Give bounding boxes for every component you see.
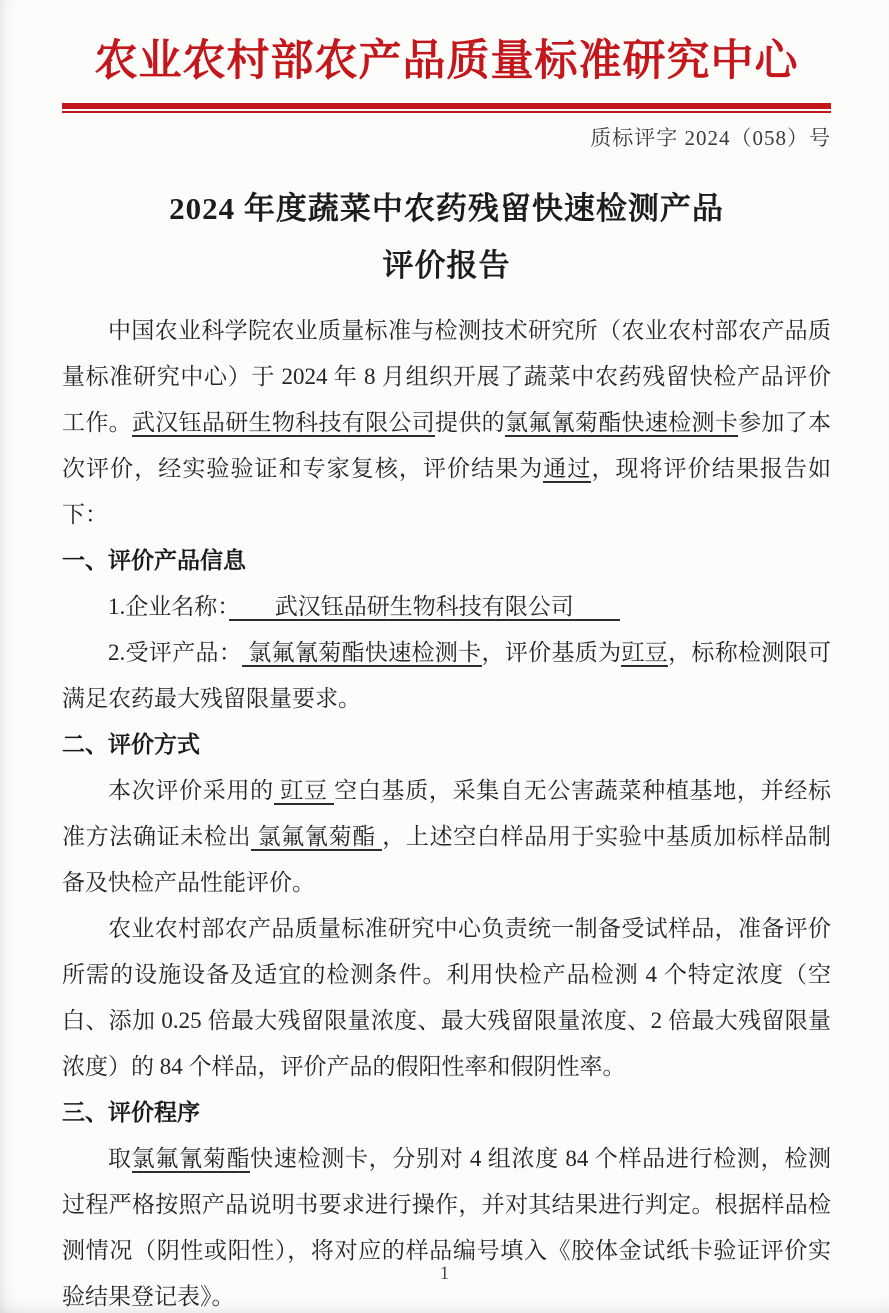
page-number: 1 xyxy=(0,1263,889,1285)
underlined-text: 氯氟氰菊酯 xyxy=(132,1146,250,1173)
page-content: 农业农村部农产品质量标准研究中心 质标评字 2024（058）号 2024 年度… xyxy=(62,0,831,1313)
text-run: 本次评价采用的 xyxy=(108,778,274,803)
underlined-text: 豇豆 xyxy=(274,778,334,805)
report-title-line2: 评价报告 xyxy=(62,237,831,294)
paragraph: 取氯氟氰菊酯快速检测卡，分别对 4 组浓度 84 个样品进行检测，检测过程严格按… xyxy=(62,1136,831,1313)
letterhead-rule xyxy=(62,103,831,113)
paragraph: 2.受评产品： 氯氟氰菊酯快速检测卡，评价基质为豇豆，标称检测限可满足农药最大残… xyxy=(62,630,831,722)
text-run: ，评价基质为 xyxy=(482,640,622,665)
underlined-text: 氯氟氰菊酯快速检测卡 xyxy=(242,640,481,667)
underlined-text: 通过 xyxy=(543,456,591,483)
underlined-text: 武汉钰品研生物科技有限公司 xyxy=(132,410,435,437)
text-run: 提供的 xyxy=(435,410,505,435)
letterhead-rule-thick xyxy=(62,103,831,109)
underlined-text: 武汉钰品研生物科技有限公司 xyxy=(229,594,620,621)
text-run: 2.受评产品： xyxy=(108,640,242,665)
text-run: 二、评价方式 xyxy=(62,732,200,757)
section-heading: 二、评价方式 xyxy=(62,722,831,768)
paragraph: 中国农业科学院农业质量标准与检测技术研究所（农业农村部农产品质量标准研究中心）于… xyxy=(62,308,831,538)
text-run: 1.企业名称： xyxy=(108,594,229,619)
scanned-report-page: 农业农村部农产品质量标准研究中心 质标评字 2024（058）号 2024 年度… xyxy=(0,0,889,1313)
underlined-text: 氯氟氰菊酯 xyxy=(251,824,382,851)
section-heading: 三、评价程序 xyxy=(62,1090,831,1136)
letterhead-rule-thin xyxy=(62,111,831,113)
report-title: 2024 年度蔬菜中农药残留快速检测产品 评价报告 xyxy=(62,180,831,294)
text-run: 一、评价产品信息 xyxy=(62,548,246,573)
report-title-line1: 2024 年度蔬菜中农药残留快速检测产品 xyxy=(62,180,831,237)
document-number: 质标评字 2024（058）号 xyxy=(62,122,831,152)
underlined-text: 豇豆 xyxy=(621,640,668,667)
text-run: 三、评价程序 xyxy=(62,1100,200,1125)
paragraph: 本次评价采用的 豇豆 空白基质，采集自无公害蔬菜种植基地，并经标准方法确证未检出… xyxy=(62,768,831,906)
document-body: 中国农业科学院农业质量标准与检测技术研究所（农业农村部农产品质量标准研究中心）于… xyxy=(62,308,831,1313)
section-heading: 一、评价产品信息 xyxy=(62,538,831,584)
text-run: 取 xyxy=(108,1146,132,1171)
underlined-text: 氯氟氰菊酯快速检测卡 xyxy=(505,410,738,437)
letterhead-org-name: 农业农村部农产品质量标准研究中心 xyxy=(62,30,831,95)
paragraph: 农业农村部农产品质量标准研究中心负责统一制备受试样品，准备评价所需的设施设备及适… xyxy=(62,906,831,1090)
text-run: 农业农村部农产品质量标准研究中心负责统一制备受试样品，准备评价所需的设施设备及适… xyxy=(62,916,831,1079)
paragraph: 1.企业名称： 武汉钰品研生物科技有限公司 xyxy=(62,584,831,630)
